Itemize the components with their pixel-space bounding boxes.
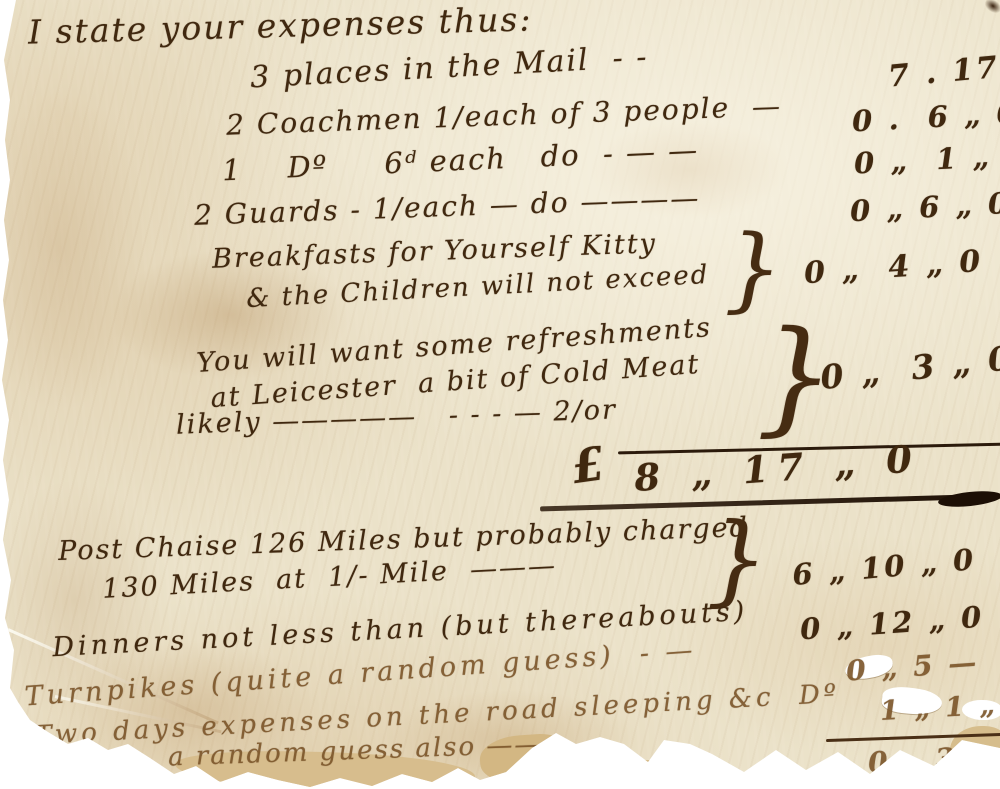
torn-paper-strip [600,760,710,789]
grouping-brace: } [724,228,783,311]
entry-randomguess-amount: 0 „ 3 „ 0 [867,738,1000,779]
grouping-brace: } [706,516,768,604]
entry-coachmen-amount: 0 . 6 „ 0 [851,96,1000,139]
scanned-document: I state your expenses thus: 3 places in … [0,0,1000,789]
entry-ditto-text: 1 Dº 6ᵈ each do - — — [221,133,699,188]
entry-mail-amount: 7 . 17 . 6 [887,44,1000,94]
entry-turnpikes-amount: 0 „ 5 — [845,645,980,687]
entry-mail-text: 3 places in the Mail - - [249,40,649,96]
total-currency-symbol: £ [568,436,609,494]
paper-sheet: I state your expenses thus: 3 places in … [0,0,1000,789]
ink-speck [982,0,1000,16]
entry-ditto-amount: 0 „ 1 „ 6 [853,137,1000,180]
entry-guards-amount: 0 „ 6 „ 0 [849,186,1000,228]
document-header: I state your expenses thus: [28,0,533,52]
entry-dinners-amount: 0 „ 12 „ 0 [799,600,985,647]
entry-postchaise-amount: 6 „ 10 „ 0 [791,542,978,592]
total-rule-bottom-blot [937,489,1000,510]
paper-stain [0,90,150,410]
entry-refreshments-amount: 0 „ 3 „ 0 [818,338,1000,397]
entry-guards-text: 2 Guards - 1/each — do ———— [194,181,701,232]
total-amount: 8 „ 17 „ 0 [633,436,922,500]
entry-breakfasts-amount: 0 „ 4 „ 0 [803,244,984,291]
entry-coachmen-text: 2 Coachmen 1/each of 3 people — [226,89,783,141]
total-rule-bottom [540,494,1000,512]
